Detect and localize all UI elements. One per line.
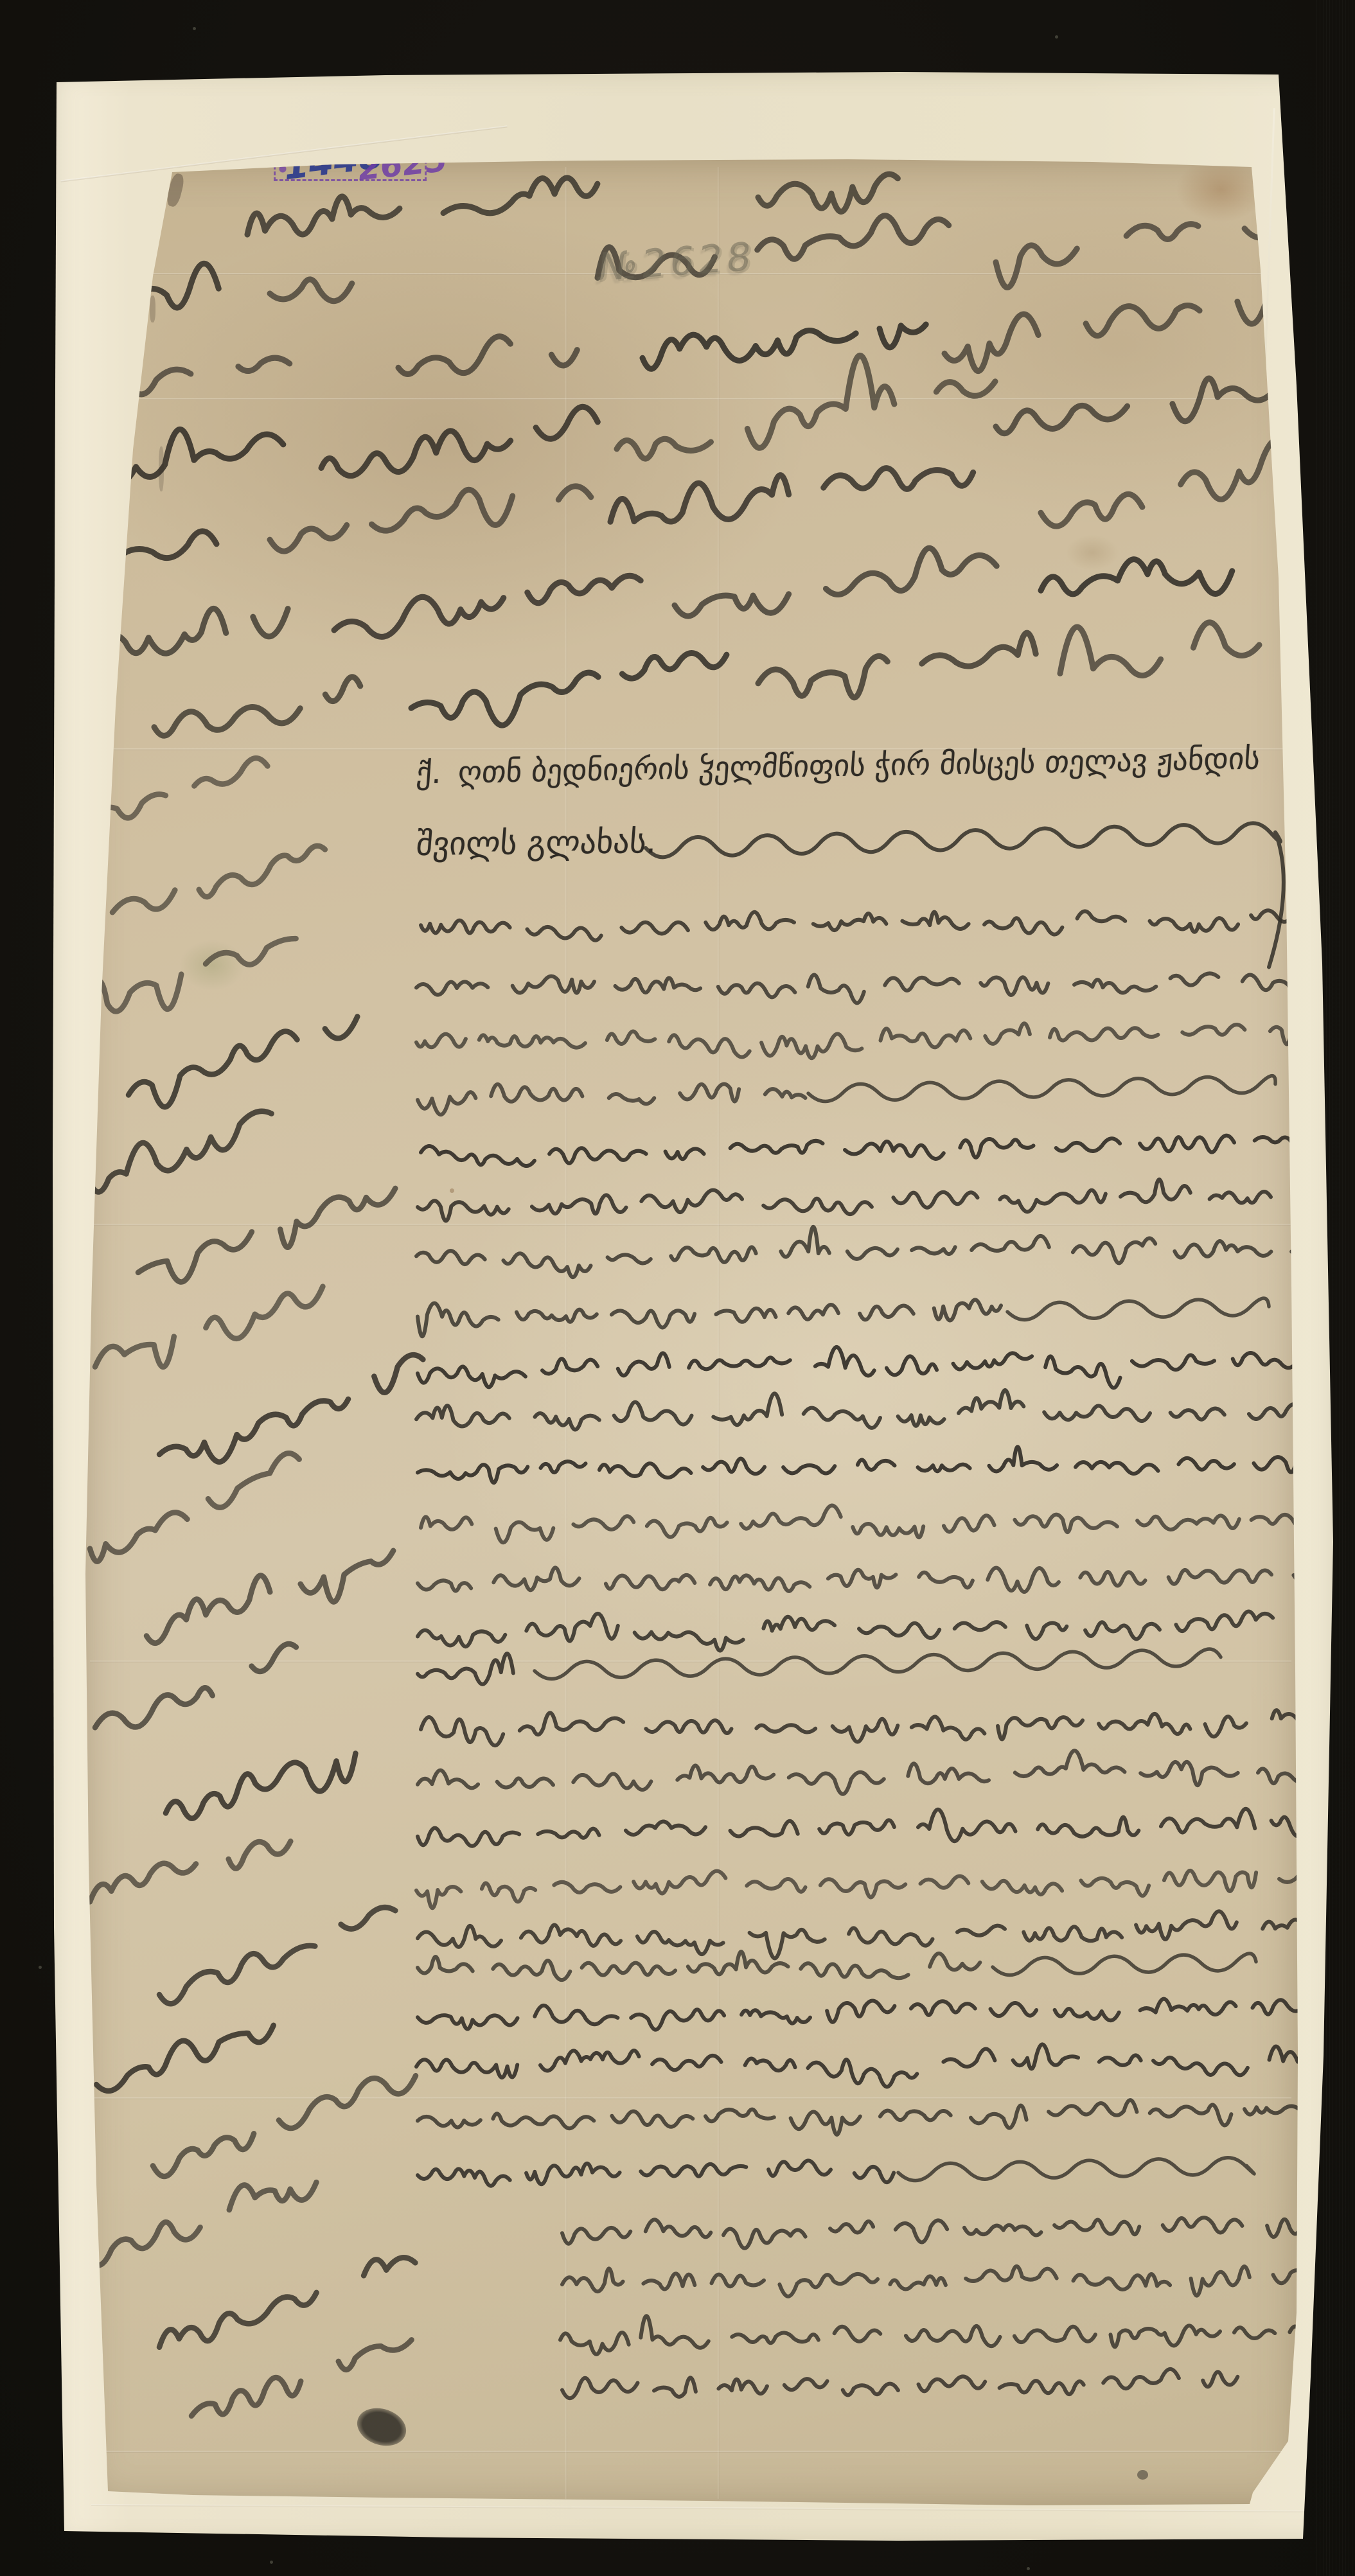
handwriting-stroke bbox=[128, 1017, 357, 1107]
handwriting-stroke bbox=[617, 355, 995, 459]
handwriting-stroke bbox=[416, 2044, 1301, 2086]
handwriting-stroke bbox=[646, 823, 1284, 967]
handwriting-stroke bbox=[560, 2316, 1301, 2354]
margin-handwriting-group bbox=[90, 758, 423, 2416]
handwriting-stroke bbox=[153, 2076, 416, 2176]
dust-speck bbox=[270, 2561, 273, 2564]
handwriting-stroke bbox=[90, 2182, 316, 2265]
handwriting-stroke bbox=[398, 337, 577, 375]
dust-speck bbox=[1055, 35, 1058, 39]
handwriting-stroke bbox=[90, 939, 296, 1011]
handwriting-stroke bbox=[421, 1505, 1301, 1542]
handwriting-stroke bbox=[138, 1188, 395, 1282]
handwriting-stroke bbox=[95, 1644, 296, 1727]
handwriting-stroke bbox=[421, 1136, 1301, 1166]
handwriting-stroke bbox=[418, 1300, 1001, 1336]
handwriting-stroke bbox=[159, 2257, 415, 2347]
handwriting-stroke bbox=[562, 2218, 1301, 2248]
handwriting-stroke bbox=[1041, 439, 1295, 526]
handwriting-stroke bbox=[321, 407, 598, 475]
handwriting-stroke bbox=[166, 1753, 355, 1818]
handwriting-stroke bbox=[418, 1809, 1301, 1846]
handwriting-stroke bbox=[418, 1911, 1301, 1958]
handwriting-stroke bbox=[416, 1871, 1301, 1908]
handwriting-ink-layer bbox=[80, 157, 1301, 2509]
handwriting-stroke bbox=[146, 1551, 393, 1643]
handwriting-stroke bbox=[418, 1179, 1301, 1221]
handwriting-stroke bbox=[421, 910, 1301, 940]
handwriting-stroke bbox=[90, 758, 267, 820]
scan-background: ს.ს.ს.რ. ც.არქ. ძვ.საბუთ.არქივი. 1448 26… bbox=[0, 0, 1355, 2576]
handwriting-stroke bbox=[421, 1710, 1301, 1745]
handwriting-stroke bbox=[418, 2100, 1301, 2135]
handwriting-stroke bbox=[1041, 560, 1232, 594]
handwriting-stroke bbox=[418, 1347, 1297, 1388]
handwriting-stroke bbox=[247, 197, 400, 234]
letter-invocation: ქ̃. bbox=[415, 755, 443, 791]
handwriting-stroke bbox=[418, 1567, 1301, 1592]
handwriting-stroke bbox=[675, 548, 996, 616]
handwriting-stroke bbox=[642, 324, 926, 369]
separator-flourish-group bbox=[535, 823, 1284, 2180]
handwriting-stroke bbox=[96, 608, 288, 653]
handwriting-stroke bbox=[562, 2369, 1237, 2398]
handwriting-stroke bbox=[416, 1390, 1301, 1429]
handwriting-stroke bbox=[418, 1447, 1301, 1489]
handwriting-stroke bbox=[562, 2265, 1301, 2297]
handwriting-stroke bbox=[443, 178, 598, 213]
handwriting-stroke bbox=[418, 1654, 513, 1684]
handwriting-stroke bbox=[758, 633, 1036, 698]
dust-speck bbox=[39, 1966, 42, 1969]
handwriting-stroke bbox=[334, 576, 641, 637]
handwriting-stroke bbox=[90, 1453, 299, 1561]
handwriting-stroke bbox=[758, 157, 1262, 211]
handwriting-stroke bbox=[996, 224, 1280, 287]
handwriting-stroke bbox=[1060, 622, 1259, 676]
handwriting-stroke bbox=[944, 291, 1301, 371]
letter-salutation: შვილს გლახას. bbox=[415, 823, 658, 863]
handwriting-stroke bbox=[90, 1111, 272, 1192]
handwriting-stroke bbox=[90, 1841, 290, 1901]
handwriting-stroke bbox=[95, 1287, 323, 1367]
handwriting-stroke bbox=[808, 1076, 1275, 1102]
handwriting-stroke bbox=[154, 677, 360, 736]
dust-speck bbox=[1027, 2567, 1030, 2570]
manuscript-page: ს.ს.ს.რ. ც.არქ. ძვ.საბუთ.არქივი. 1448 26… bbox=[80, 157, 1301, 2509]
handwriting-stroke bbox=[191, 2340, 412, 2415]
handwriting-stroke bbox=[996, 378, 1300, 434]
handwriting-stroke bbox=[96, 2025, 274, 2091]
handwriting-stroke bbox=[411, 653, 727, 725]
handwriting-stroke bbox=[418, 1997, 1301, 2029]
handwriting-stroke bbox=[159, 1907, 395, 2004]
handwriting-stroke bbox=[418, 1084, 806, 1115]
handwriting-stroke bbox=[535, 1649, 1221, 1679]
dust-speck bbox=[193, 27, 196, 30]
handwriting-stroke bbox=[610, 468, 973, 522]
handwriting-stroke bbox=[416, 1023, 1301, 1058]
handwriting-stroke bbox=[270, 279, 352, 301]
handwriting-stroke bbox=[418, 1611, 1301, 1650]
backing-fold-crease bbox=[91, 2504, 1312, 2512]
handwriting-stroke bbox=[418, 2160, 894, 2185]
handwriting-stroke bbox=[270, 486, 591, 551]
handwriting-stroke bbox=[416, 1227, 1301, 1277]
handwriting-stroke bbox=[993, 1954, 1256, 1975]
handwriting-stroke bbox=[1007, 1298, 1269, 1319]
body-handwriting-group bbox=[416, 910, 1301, 2398]
handwriting-stroke bbox=[416, 973, 1301, 1003]
handwriting-stroke bbox=[159, 1355, 423, 1462]
handwriting-stroke bbox=[418, 1952, 980, 1980]
handwriting-stroke bbox=[898, 2158, 1254, 2181]
handwriting-stroke bbox=[418, 1751, 1301, 1794]
handwriting-stroke bbox=[112, 846, 325, 913]
